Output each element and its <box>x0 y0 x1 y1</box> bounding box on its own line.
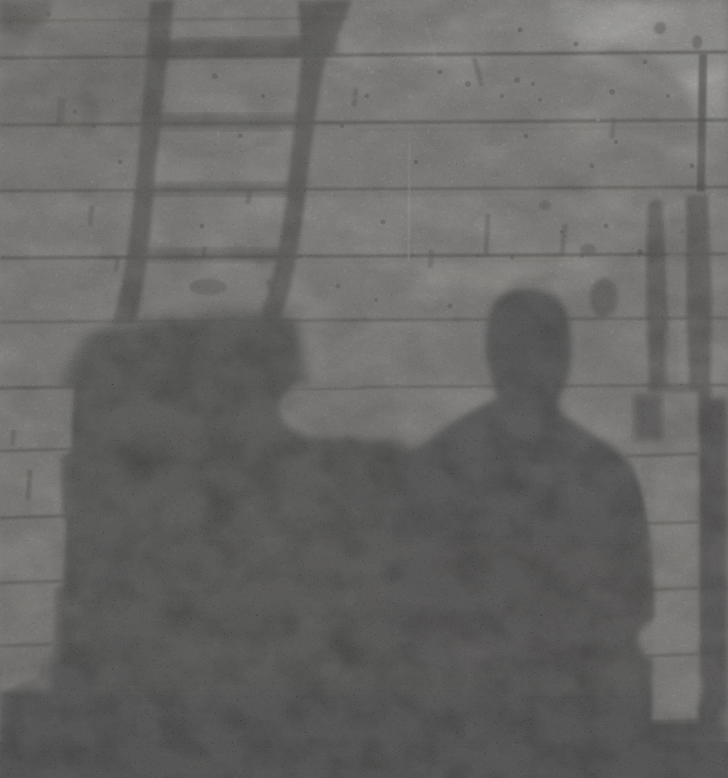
photo-canvas <box>0 0 728 778</box>
photograph <box>0 0 728 778</box>
grain-fine-light <box>0 0 728 778</box>
film-grain <box>0 0 728 778</box>
